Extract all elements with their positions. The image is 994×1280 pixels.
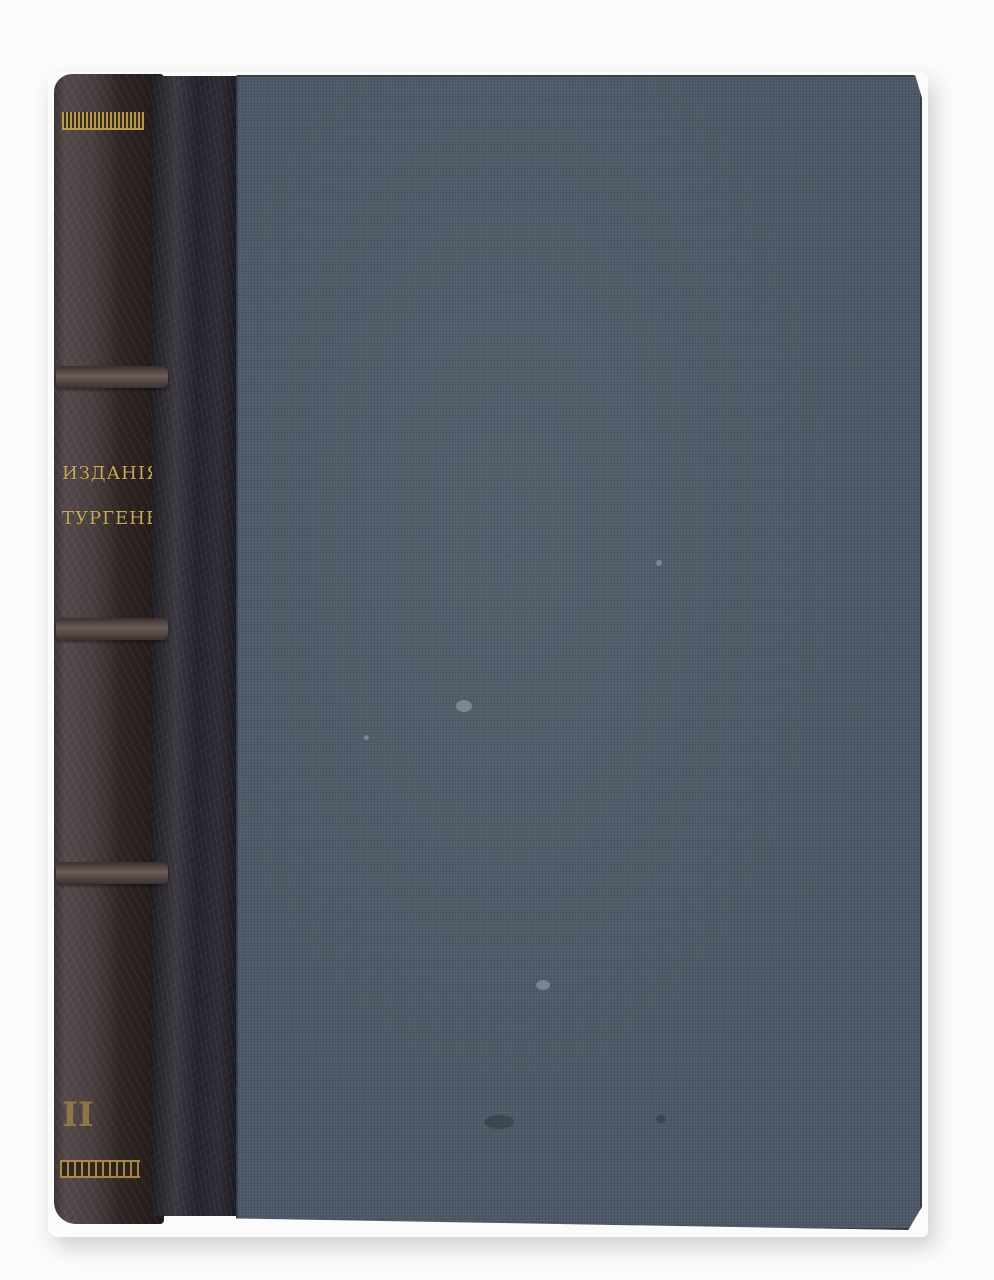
cover-wear-spot <box>656 560 662 566</box>
gilt-ornament-top <box>62 112 144 130</box>
cover-wear-spot <box>536 980 550 990</box>
raised-band <box>56 618 168 640</box>
cover-stain <box>656 1115 666 1123</box>
book-photograph: ИЗДАНІЯ ТУРГЕНЕВА II <box>0 0 994 1280</box>
leather-hinge <box>150 76 236 1216</box>
cover-wear-spot <box>456 700 472 712</box>
cover-wear-spot <box>364 735 369 740</box>
gilt-ornament-bottom <box>60 1160 140 1178</box>
book: ИЗДАНІЯ ТУРГЕНЕВА II <box>0 0 994 1280</box>
cover-stain <box>484 1115 514 1129</box>
raised-band <box>56 862 168 884</box>
spine-volume-number: II <box>62 1095 94 1135</box>
book-cover <box>236 75 922 1230</box>
raised-band <box>56 366 168 388</box>
book-spine <box>54 74 164 1224</box>
spine-title-line-1: ИЗДАНІЯ <box>62 463 152 484</box>
spine-title-line-2: ТУРГЕНЕВА <box>62 508 152 529</box>
